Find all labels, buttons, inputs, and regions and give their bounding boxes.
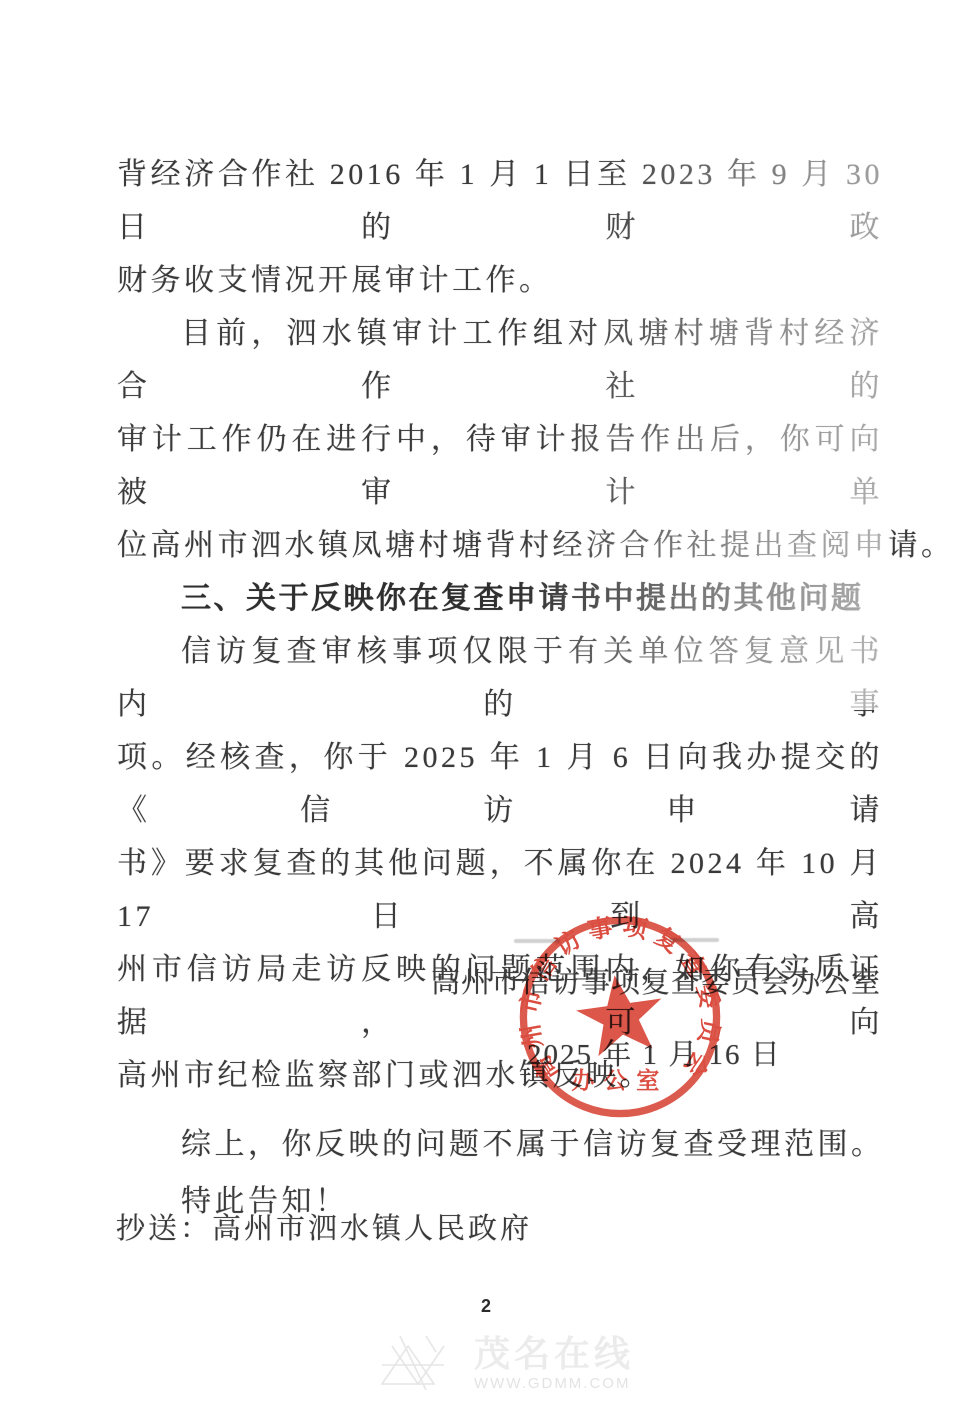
section-heading: 三、关于反映你在复查申请书中提出的其他问题: [117, 572, 883, 625]
watermark-url: WWW.GDMM.COM: [474, 1376, 634, 1391]
watermark-site-name: 茂名在线: [474, 1336, 634, 1372]
text-line: 信访复查审核事项仅限于有关单位答复意见书内的事: [117, 625, 883, 731]
text-line: 目前，泗水镇审计工作组对凤塘村塘背村经济合作社的: [117, 307, 883, 413]
text-line: 财务收支情况开展审计工作。: [117, 254, 883, 307]
watermark: 茂名在线 WWW.GDMM.COM: [378, 1332, 634, 1394]
text-line: 综上，你反映的问题不属于信访复查受理范围。: [117, 1118, 883, 1171]
cc-line: 抄送：高州市泗水镇人民政府: [116, 1206, 532, 1247]
text-line: 审计工作仍在进行中，待审计报告作出后，你可向被审计单: [117, 413, 883, 519]
official-seal-graphic: 高州市信访事项复查委员会 办公室: [515, 912, 725, 1122]
document-page: 背经济合作社 2016 年 1 月 1 日至 2023 年 9 月 30 日的财…: [0, 0, 972, 1401]
text-line: 位高州市泗水镇凤塘村塘背村经济合作社提出查阅申请。: [117, 519, 883, 572]
text-line: 项。经核查，你于 2025 年 1 月 6 日向我办提交的《信访申请: [117, 731, 883, 837]
seal-star-icon: [572, 969, 668, 1058]
text-line: 背经济合作社 2016 年 1 月 1 日至 2023 年 9 月 30 日的财…: [117, 148, 883, 254]
watermark-logo-icon: [378, 1332, 460, 1394]
page-number: 2: [0, 1296, 972, 1317]
text-line: 书》要求复查的其他问题，不属你在 2024 年 10 月 17 日到高: [117, 837, 883, 943]
seal-office-text: 办公室: [571, 1067, 669, 1093]
official-seal: 高州市信访事项复查委员会 办公室: [515, 912, 725, 1122]
